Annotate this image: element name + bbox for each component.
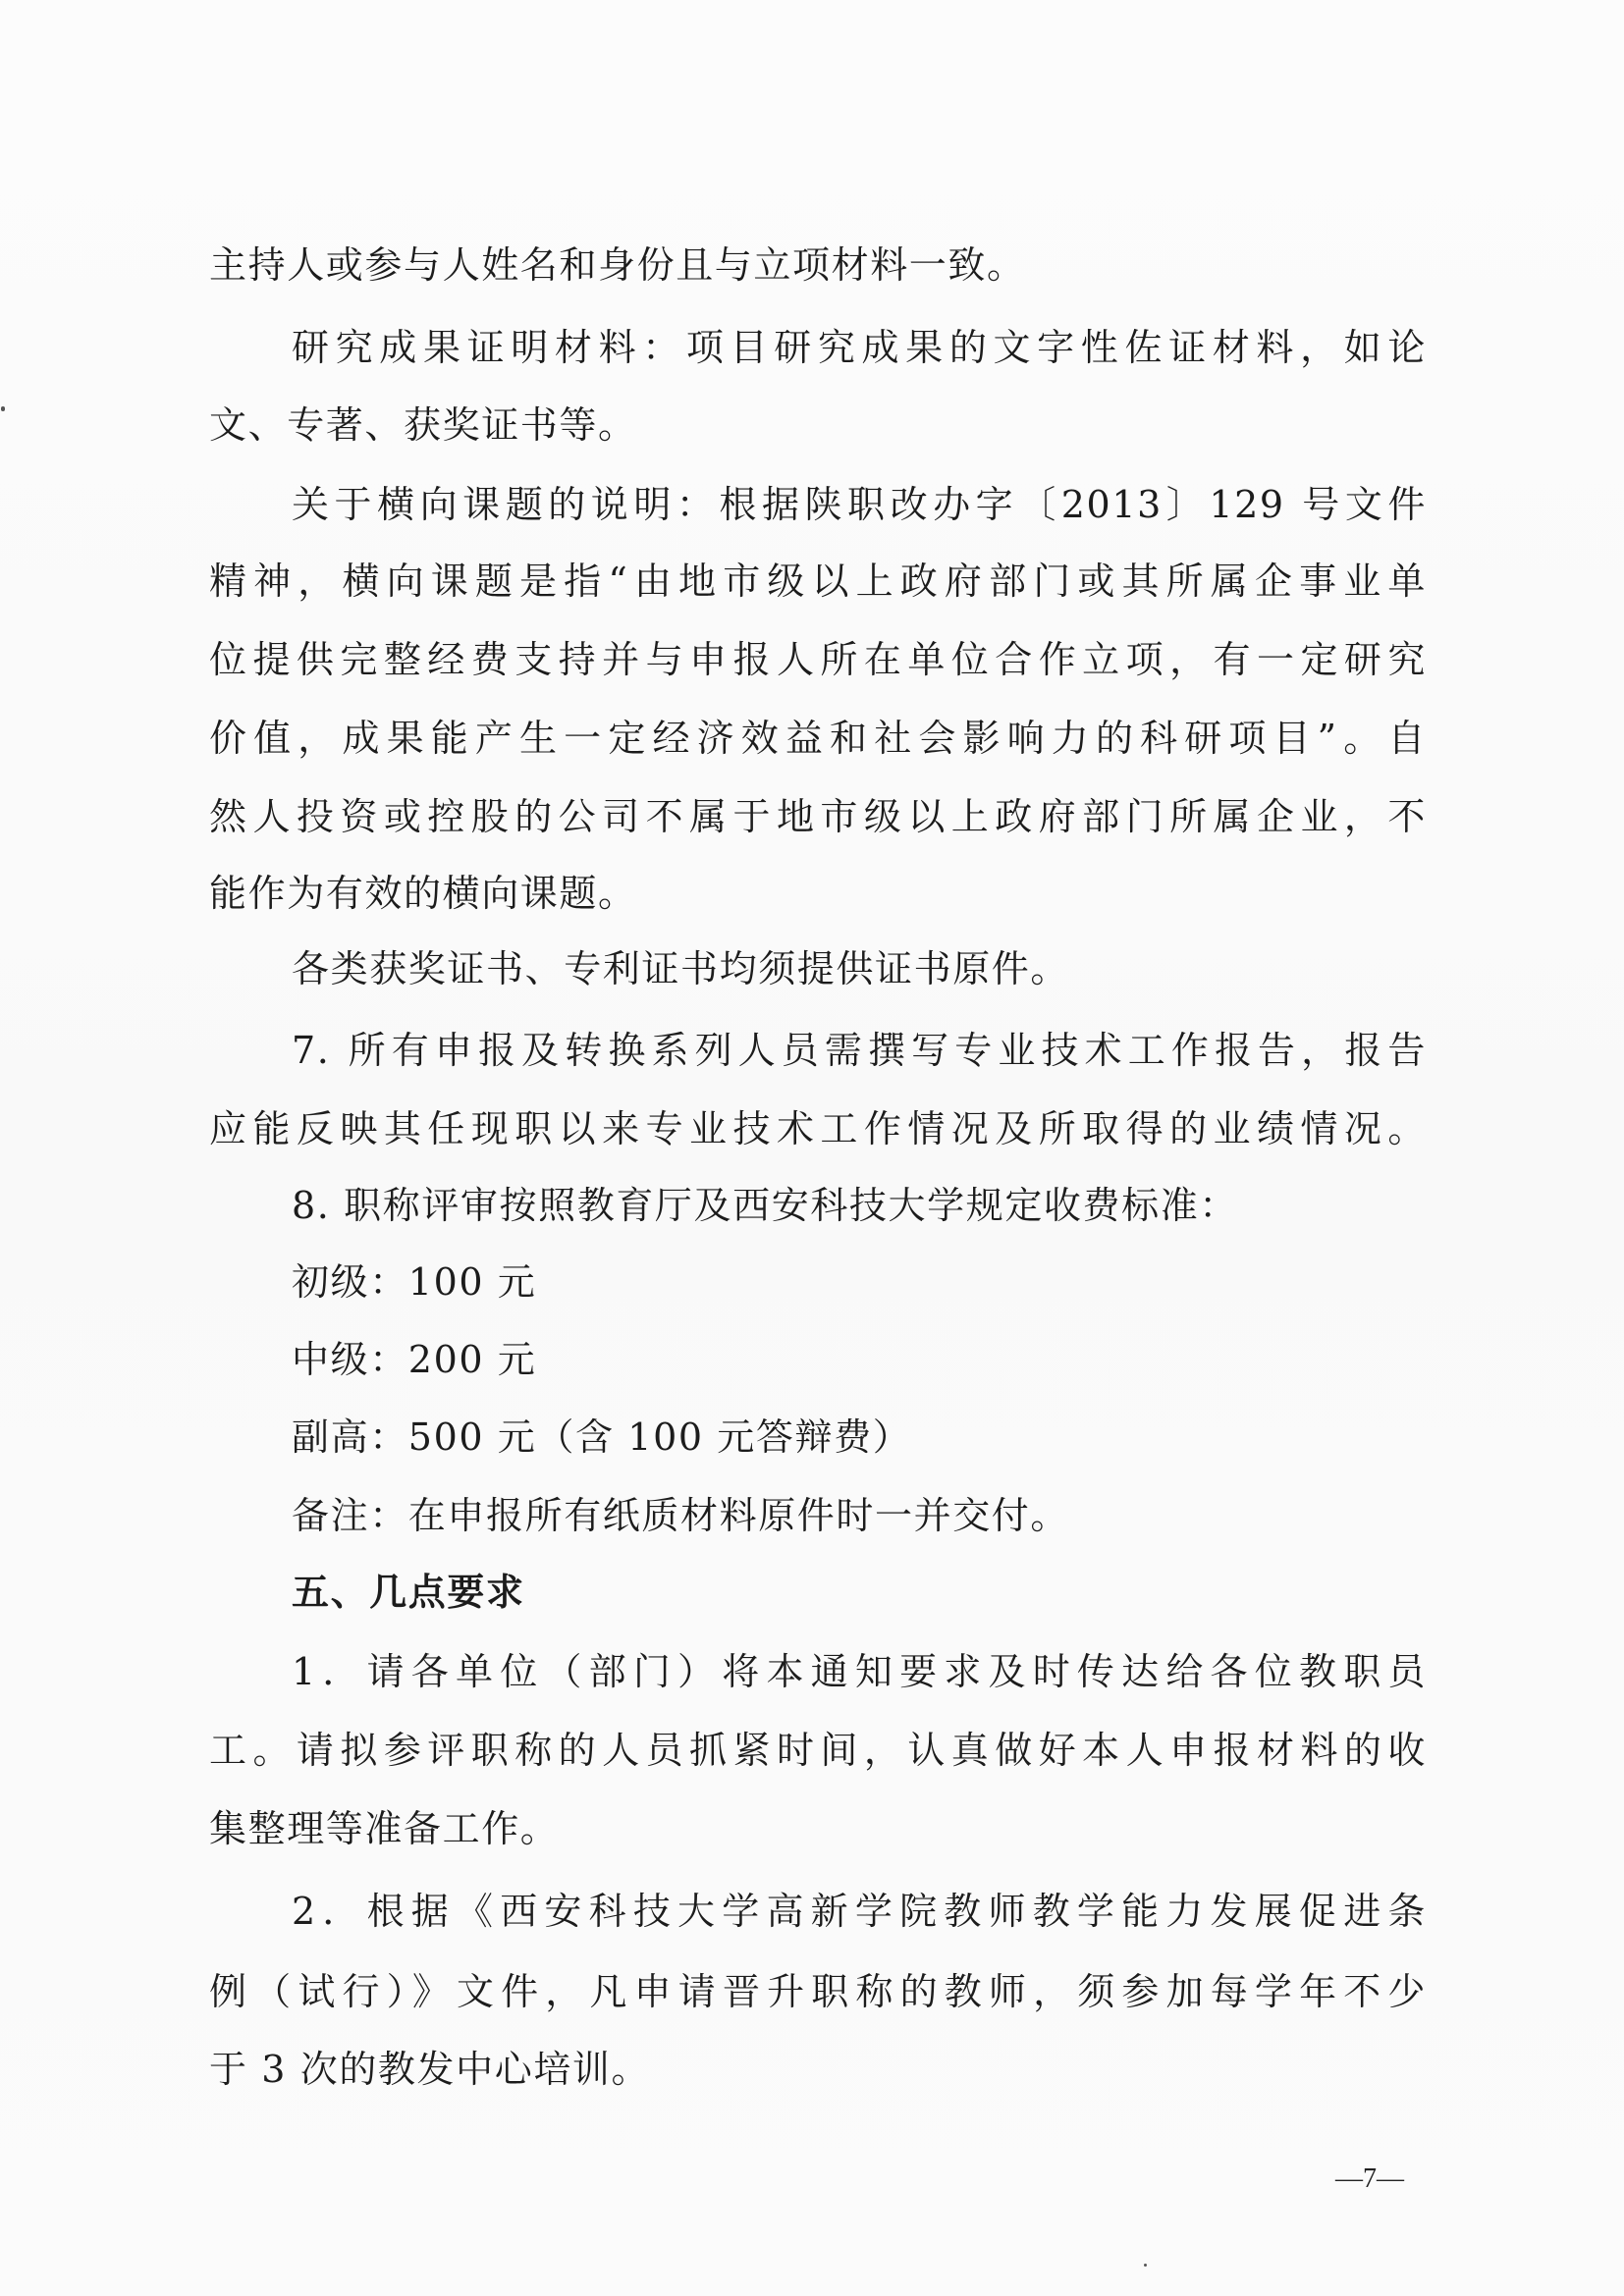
scan-speck [1,406,5,411]
text-line-19: 1．请各单位（部门）将本通知要求及时传达给各位教职员 [292,1642,1427,1701]
fee-associate-senior: 副高：500 元（含 100 元答辩费） [292,1408,1427,1467]
text-line-6: 位提供完整经费支持并与申报人所在单位合作立项，有一定研究 [209,630,1427,689]
text-line-5: 精神，横向课题是指“由地市级以上政府部门或其所属企事业单 [209,552,1427,611]
text-line-7: 价值，成果能产生一定经济效益和社会影响力的科研项目”。自 [209,709,1427,768]
section-heading-requirements: 五、几点要求 [292,1563,1427,1622]
scan-speck [1144,2264,1147,2267]
fee-intermediate: 中级：200 元 [292,1330,1427,1389]
page-number: —7— [1335,2160,1404,2199]
fee-junior: 初级：100 元 [292,1253,1427,1311]
text-line-23: 例（试行）》文件，凡申请晋升职称的教师，须参加每学年不少 [209,1962,1427,2021]
text-line-11: 7. 所有申报及转换系列人员需撰写专业技术工作报告，报告 [292,1021,1427,1080]
fee-note: 备注：在申报所有纸质材料原件时一并交付。 [292,1486,1427,1545]
text-line-24: 于 3 次的教发中心培训。 [209,2040,1427,2099]
text-line-8: 然人投资或控股的公司不属于地市级以上政府部门所属企业，不 [209,787,1427,846]
text-line-13: 8. 职称评审按照教育厅及西安科技大学规定收费标准： [292,1176,1427,1235]
text-line-10: 各类获奖证书、专利证书均须提供证书原件。 [292,939,1427,998]
text-line-12: 应能反映其任现职以来专业技术工作情况及所取得的业绩情况。 [209,1099,1427,1158]
text-line-3: 文、专著、获奖证书等。 [209,396,1427,454]
text-line-1: 主持人或参与人姓名和身份且与立项材料一致。 [209,236,1427,294]
document-page: 主持人或参与人姓名和身份且与立项材料一致。 研究成果证明材料：项目研究成果的文字… [0,0,1624,2296]
text-line-2: 研究成果证明材料：项目研究成果的文字性佐证材料，如论 [292,318,1427,377]
text-line-20: 工。请拟参评职称的人员抓紧时间，认真做好本人申报材料的收 [209,1721,1427,1780]
text-line-22: 2．根据《西安科技大学高新学院教师教学能力发展促进条 [292,1882,1427,1941]
text-line-21: 集整理等准备工作。 [209,1799,1427,1858]
text-line-4: 关于横向课题的说明：根据陕职改办字〔2013〕129 号文件 [292,475,1427,534]
text-line-9: 能作为有效的横向课题。 [209,864,1427,923]
